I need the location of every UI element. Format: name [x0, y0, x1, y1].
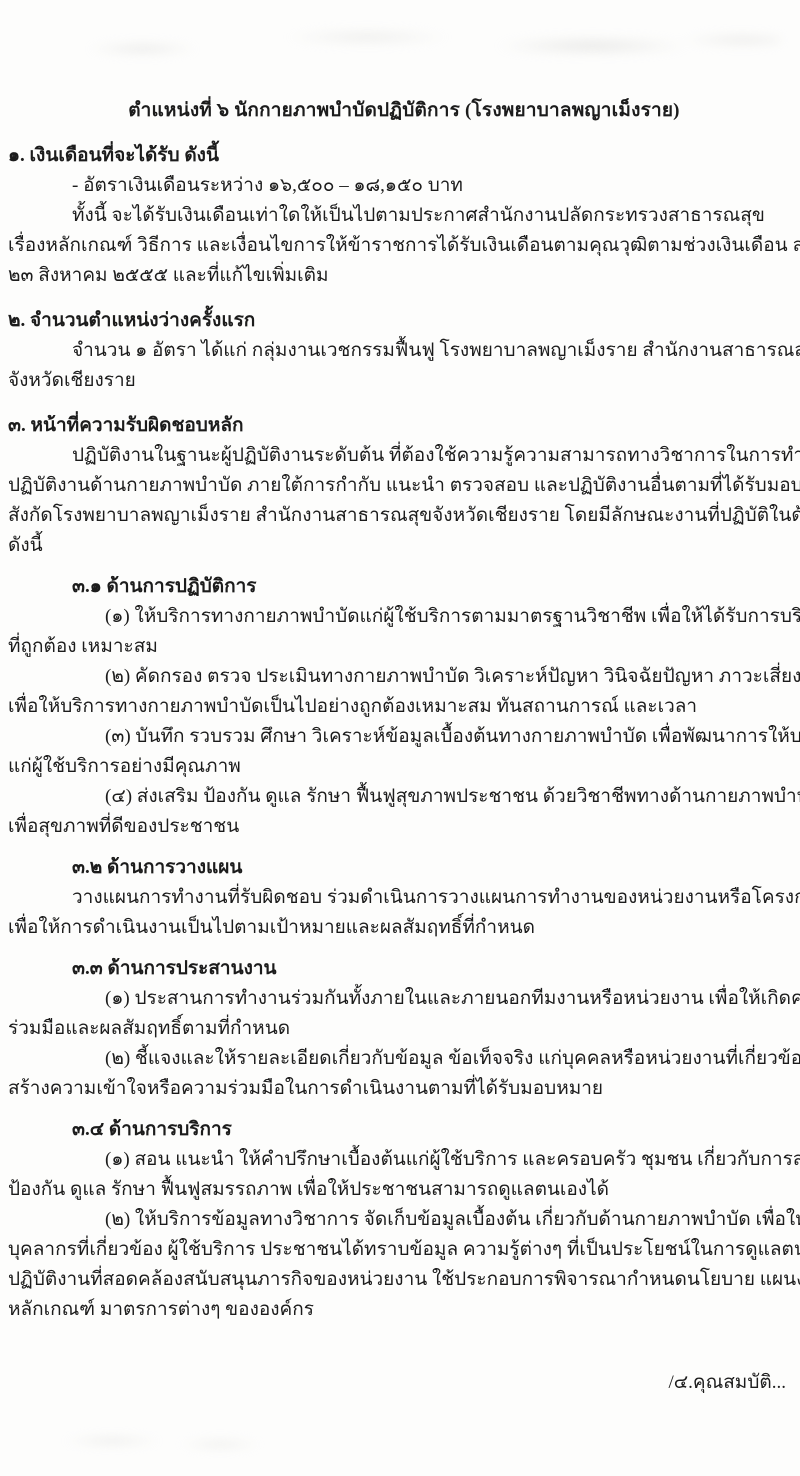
document-page: ตำแหน่งที่ ๖ นักกายภาพบำบัดปฏิบัติการ (โ…: [0, 0, 800, 1476]
page-title: ตำแหน่งที่ ๖ นักกายภาพบำบัดปฏิบัติการ (โ…: [8, 96, 800, 126]
document-line: (๓) บันทึก รวบรวม ศึกษา วิเคราะห์ข้อมูลเ…: [105, 722, 800, 752]
document-line: ปฏิบัติงานด้านกายภาพบำบัด ภายใต้การกำกับ…: [8, 471, 800, 501]
document-line: ปฏิบัติงานในฐานะผู้ปฏิบัติงานระดับต้น ที…: [72, 441, 800, 471]
document-line: ดังนี้: [8, 531, 800, 561]
document-line: เพื่อสุขภาพที่ดีของประชาชน: [8, 812, 800, 842]
document-line: เรื่องหลักเกณฑ์ วิธีการ และเงื่อนไขการให…: [8, 231, 800, 261]
document-line: (๑) สอน แนะนำ ให้คำปรึกษาเบื้องต้นแก่ผู้…: [105, 1145, 800, 1175]
document-line: - อัตราเงินเดือนระหว่าง ๑๖,๕๐๐ – ๑๘,๑๕๐ …: [72, 171, 800, 201]
document-line: ๒๓ สิงหาคม ๒๕๕๕ และที่แก้ไขเพิ่มเติม: [8, 261, 800, 291]
document-body: ๑. เงินเดือนที่จะได้รับ ดังนี้- อัตราเงิ…: [8, 141, 800, 1325]
subsection-heading: ๓.๔ ด้านการบริการ: [72, 1115, 800, 1145]
document-line: (๒) ชี้แจงและให้รายละเอียดเกี่ยวกับข้อมู…: [105, 1044, 800, 1074]
continuation-marker: /๔.คุณสมบัติ...: [668, 1368, 786, 1398]
document-line: ที่ถูกต้อง เหมาะสม: [8, 632, 800, 662]
document-line: (๒) ให้บริการข้อมูลทางวิชาการ จัดเก็บข้อ…: [105, 1205, 800, 1235]
document-line: ทั้งนี้ จะได้รับเงินเดือนเท่าใดให้เป็นไป…: [72, 201, 800, 231]
section-heading: ๓. หน้าที่ความรับผิดชอบหลัก: [8, 411, 800, 441]
document-line: หลักเกณฑ์ มาตรการต่างๆ ขององค์กร: [8, 1295, 800, 1325]
document-line: ป้องกัน ดูแล รักษา ฟื้นฟูสมรรถภาพ เพื่อใ…: [8, 1175, 800, 1205]
document-line: สร้างความเข้าใจหรือความร่วมมือในการดำเนิ…: [8, 1074, 800, 1104]
scan-artifact-top: [30, 14, 780, 72]
scan-artifact-bottom: [40, 1424, 280, 1458]
document-line: ร่วมมือและผลสัมฤทธิ์ตามที่กำหนด: [8, 1014, 800, 1044]
section-heading: ๒. จำนวนตำแหน่งว่างครั้งแรก: [8, 306, 800, 336]
document-line: สังกัดโรงพยาบาลพญาเม็งราย สำนักงานสาธารณ…: [8, 501, 800, 531]
document-line: บุคลากรที่เกี่ยวข้อง ผู้ใช้บริการ ประชาช…: [8, 1235, 800, 1265]
document-line: จำนวน ๑ อัตรา ได้แก่ กลุ่มงานเวชกรรมฟื้น…: [72, 336, 800, 366]
document-line: ปฏิบัติงานที่สอดคล้องสนับสนุนภารกิจของหน…: [8, 1265, 800, 1295]
document-line: เพื่อให้การดำเนินงานเป็นไปตามเป้าหมายและ…: [8, 913, 800, 943]
subsection-heading: ๓.๒ ด้านการวางแผน: [72, 853, 800, 883]
document-line: วางแผนการทำงานที่รับผิดชอบ ร่วมดำเนินการ…: [72, 883, 800, 913]
section-heading: ๑. เงินเดือนที่จะได้รับ ดังนี้: [8, 141, 800, 171]
subsection-heading: ๓.๓ ด้านการประสานงาน: [72, 954, 800, 984]
document-line: (๑) ให้บริการทางกายภาพบำบัดแก่ผู้ใช้บริก…: [105, 602, 800, 632]
subsection-heading: ๓.๑ ด้านการปฏิบัติการ: [72, 572, 800, 602]
document-line: (๔) ส่งเสริม ป้องกัน ดูแล รักษา ฟื้นฟูสุ…: [105, 782, 800, 812]
document-line: แก่ผู้ใช้บริการอย่างมีคุณภาพ: [8, 752, 800, 782]
document-line: จังหวัดเชียงราย: [8, 366, 800, 396]
document-line: (๒) คัดกรอง ตรวจ ประเมินทางกายภาพบำบัด ว…: [105, 662, 800, 692]
document-line: (๑) ประสานการทำงานร่วมกันทั้งภายในและภาย…: [105, 984, 800, 1014]
document-line: เพื่อให้บริการทางกายภาพบำบัดเป็นไปอย่างถ…: [8, 692, 800, 722]
